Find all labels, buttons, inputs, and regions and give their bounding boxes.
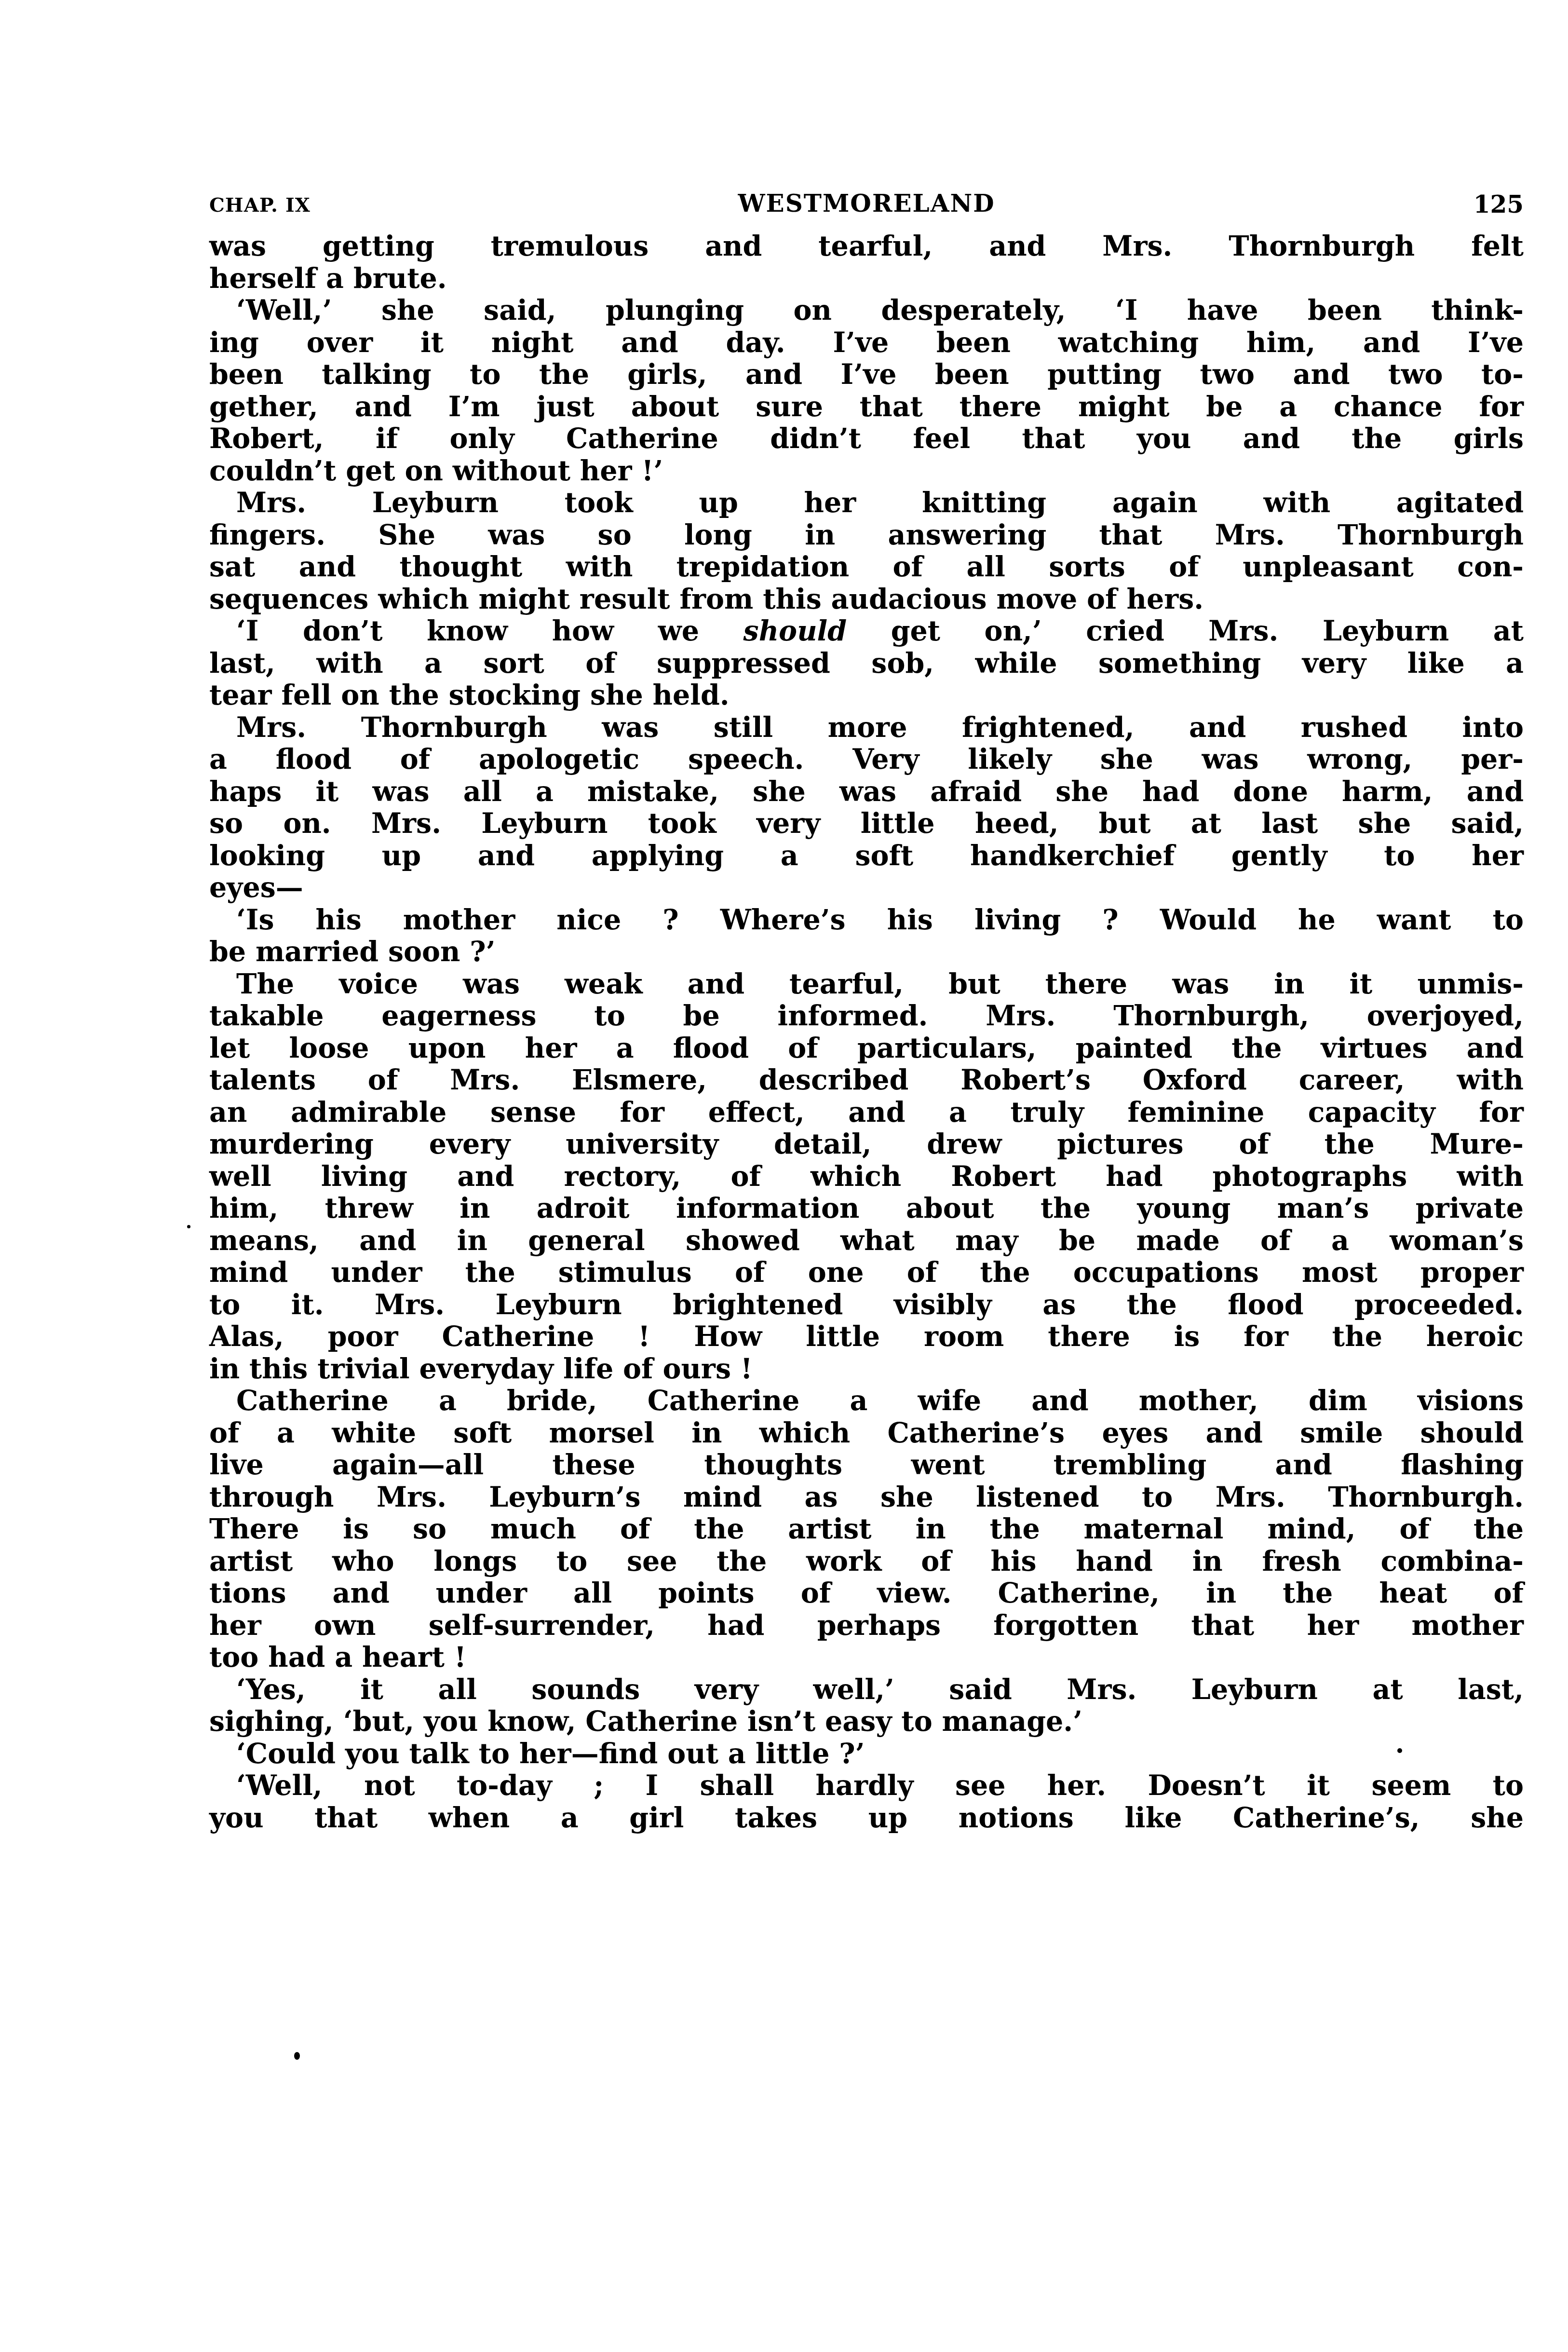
text-line: There is so much of the artist in the ma… [209, 1513, 1524, 1546]
text-line: of a white soft morsel in which Catherin… [209, 1417, 1524, 1450]
scan-speck-bottom [294, 2052, 300, 2060]
text-line: be married soon ?’ [209, 936, 1524, 968]
text-line: murdering every university detail, drew … [209, 1128, 1524, 1161]
text-line: sighing, ‘but, you know, Catherine isn’t… [209, 1706, 1524, 1738]
text-line: takable eagerness to be informed. Mrs. T… [209, 1000, 1524, 1033]
text-line: gether, and I’m just about sure that the… [209, 391, 1524, 423]
scan-speck-right [1397, 1748, 1402, 1753]
text-line: ing over it night and day. I’ve been wat… [209, 327, 1524, 359]
text-line: too had a heart ! [209, 1642, 1524, 1674]
text-line: let loose upon her a flood of particular… [209, 1033, 1524, 1065]
text-line: ‘Well, not to-day ; I shall hardly see h… [209, 1770, 1524, 1802]
book-page: CHAP. IX WESTMORELAND 125 was getting tr… [0, 0, 1568, 2352]
scan-speck-margin [187, 1225, 190, 1228]
text-line: herself a brute. [209, 263, 1524, 295]
text-line: couldn’t get on without her !’ [209, 455, 1524, 488]
text-line: last, with a sort of suppressed sob, whi… [209, 648, 1524, 680]
text-line: ‘Is his mother nice ? Where’s his living… [209, 904, 1524, 937]
emphasis: should [743, 615, 847, 647]
text-line: Mrs. Leyburn took up her knitting again … [209, 487, 1524, 519]
text-line: Catherine a bride, Catherine a wife and … [209, 1385, 1524, 1417]
text-line: Robert, if only Catherine didn’t feel th… [209, 423, 1524, 455]
text-line: eyes— [209, 872, 1524, 904]
text-line: an admirable sense for effect, and a tru… [209, 1097, 1524, 1129]
text-line: tions and under all points of view. Cath… [209, 1577, 1524, 1610]
text-line: talents of Mrs. Elsmere, described Rober… [209, 1064, 1524, 1097]
text-line: a flood of apologetic speech. Very likel… [209, 744, 1524, 776]
text-line: tear fell on the stocking she held. [209, 680, 1524, 712]
text-line: fingers. She was so long in answering th… [209, 519, 1524, 552]
text-line: The voice was weak and tearful, but ther… [209, 968, 1524, 1001]
text-line: ‘Yes, it all sounds very well,’ said Mrs… [209, 1674, 1524, 1706]
text-line: was getting tremulous and tearful, and M… [209, 231, 1524, 263]
text-line: in this trivial everyday life of ours ! [209, 1353, 1524, 1386]
text-line: through Mrs. Leyburn’s mind as she liste… [209, 1482, 1524, 1514]
text-line: sequences which might result from this a… [209, 584, 1524, 616]
text-line: been talking to the girls, and I’ve been… [209, 359, 1524, 391]
text-line: Alas, poor Catherine ! How little room t… [209, 1321, 1524, 1353]
text-line: looking up and applying a soft handkerch… [209, 840, 1524, 872]
text-line: sat and thought with trepidation of all … [209, 551, 1524, 584]
text-line: mind under the stimulus of one of the oc… [209, 1257, 1524, 1289]
text-line: ‘Could you talk to her—find out a little… [209, 1738, 1524, 1770]
text-line: her own self-surrender, had perhaps forg… [209, 1610, 1524, 1642]
running-title: WESTMORELAND [209, 189, 1524, 218]
text-line: ‘I don’t know how we should get on,’ cri… [209, 615, 1524, 648]
text-line: haps it was all a mistake, she was afrai… [209, 776, 1524, 808]
text-line: you that when a girl takes up notions li… [209, 1802, 1524, 1835]
text-line: artist who longs to see the work of his … [209, 1546, 1524, 1578]
text-line: to it. Mrs. Leyburn brightened visibly a… [209, 1289, 1524, 1321]
body-text: was getting tremulous and tearful, and M… [209, 231, 1524, 1834]
text-line: Mrs. Thornburgh was still more frightene… [209, 712, 1524, 744]
text-line: ‘Well,’ she said, plunging on desperatel… [209, 295, 1524, 327]
text-line: means, and in general showed what may be… [209, 1225, 1524, 1257]
running-head: CHAP. IX WESTMORELAND 125 [209, 189, 1524, 218]
text-line: well living and rectory, of which Robert… [209, 1161, 1524, 1193]
page-number: 125 [1473, 190, 1524, 218]
text-line: him, threw in adroit information about t… [209, 1193, 1524, 1225]
text-line: so on. Mrs. Leyburn took very little hee… [209, 808, 1524, 840]
text-line: live again—all these thoughts went tremb… [209, 1449, 1524, 1482]
